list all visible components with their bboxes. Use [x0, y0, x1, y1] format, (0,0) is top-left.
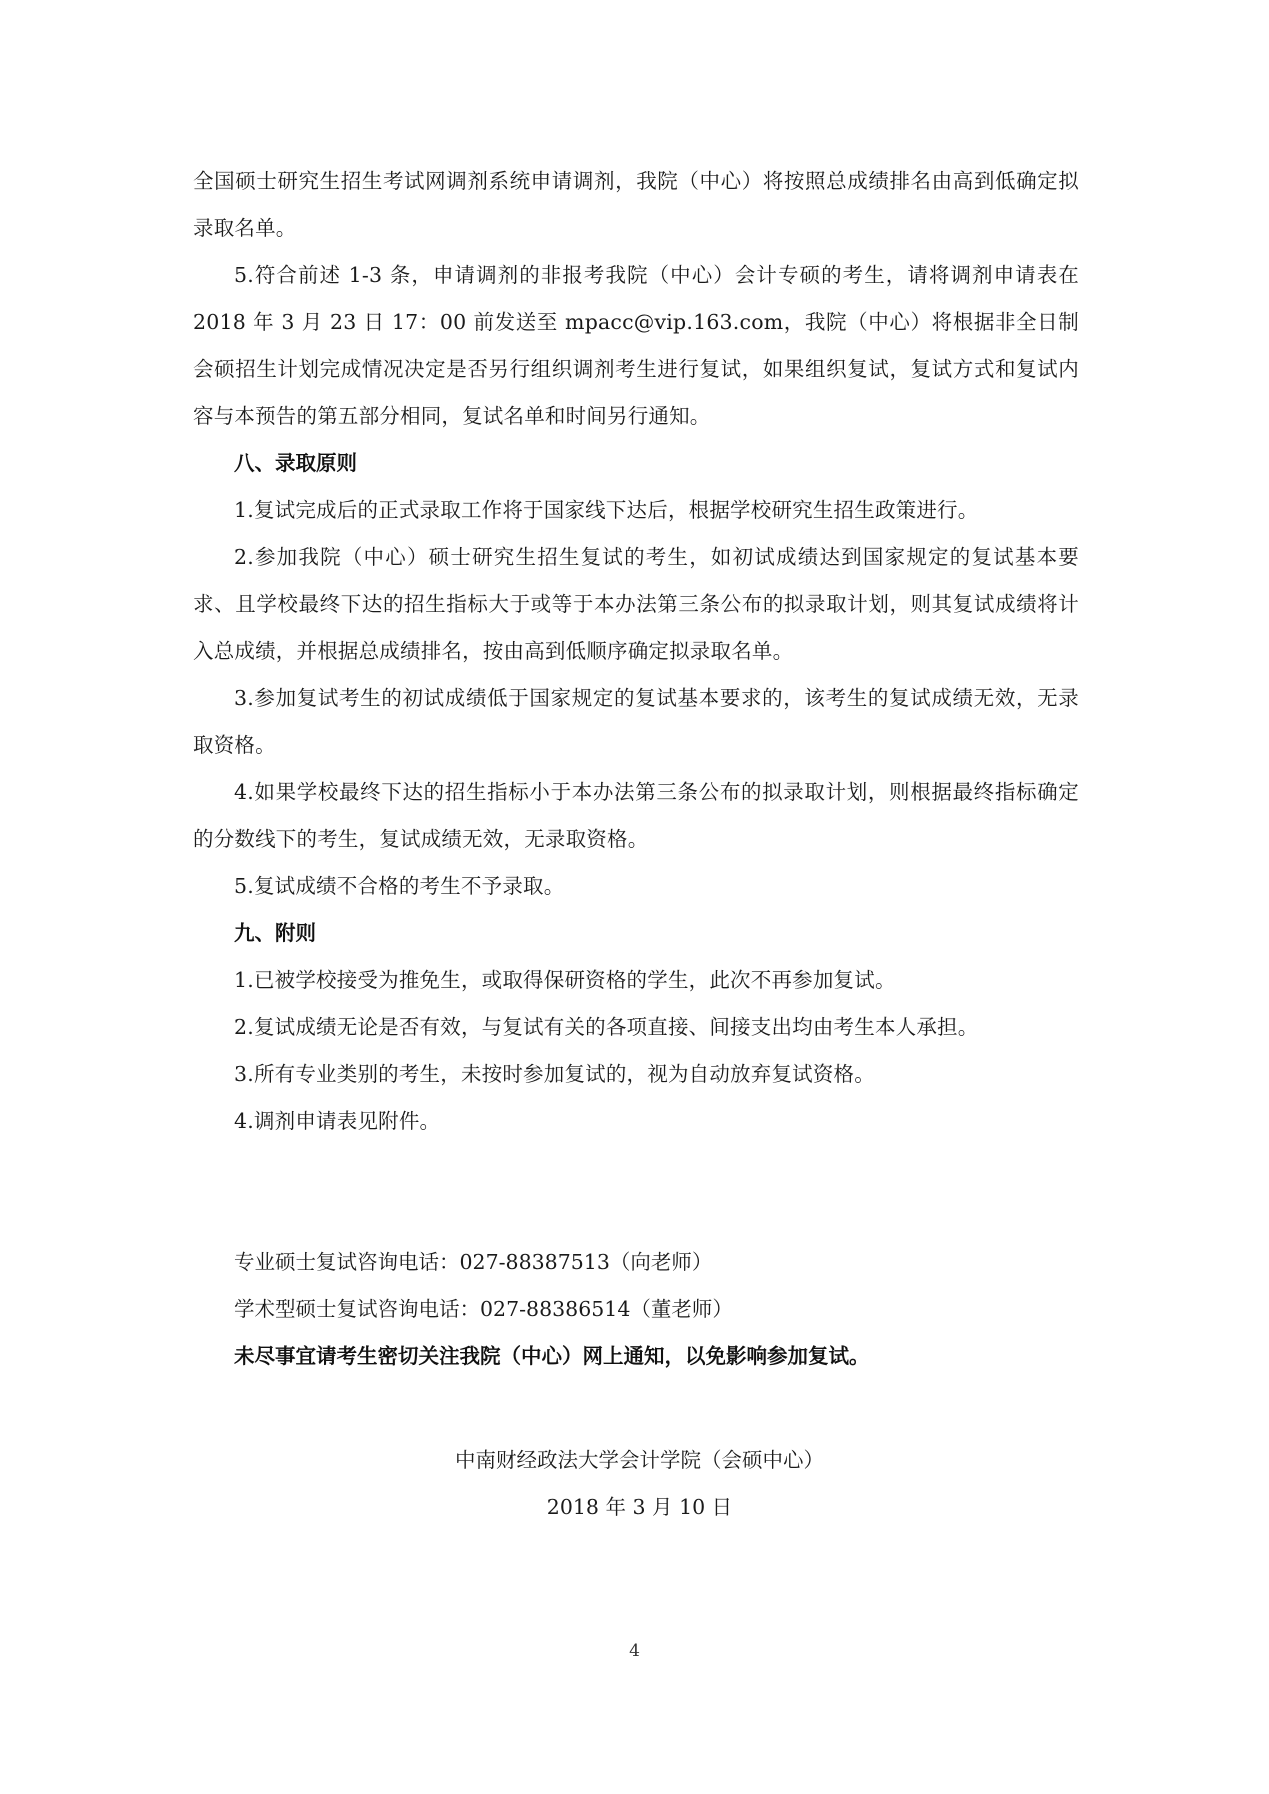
item-7-5-paragraph: 5.符合前述 1-3 条，申请调剂的非报考我院（中心）会计专硕的考生，请将调剂申…	[193, 252, 1079, 440]
provision-item-4: 4.调剂申请表见附件。	[193, 1098, 1079, 1145]
contact-academic-masters: 学术型硕士复试咨询电话：027-88386514（董老师）	[193, 1286, 1079, 1333]
provision-item-2: 2.复试成绩无论是否有效，与复试有关的各项直接、间接支出均由考生本人承担。	[193, 1004, 1079, 1051]
blank-space	[193, 1145, 1079, 1239]
signature-organization: 中南财经政法大学会计学院（会硕中心）	[0, 1437, 1269, 1484]
signature-date: 2018 年 3 月 10 日	[0, 1484, 1269, 1531]
admission-item-5: 5.复试成绩不合格的考生不予录取。	[193, 863, 1079, 910]
provision-item-1: 1.已被学校接受为推免生，或取得保研资格的学生，此次不再参加复试。	[193, 957, 1079, 1004]
admission-item-1: 1.复试完成后的正式录取工作将于国家线下达后，根据学校研究生招生政策进行。	[193, 487, 1079, 534]
admission-item-4: 4.如果学校最终下达的招生指标小于本办法第三条公布的拟录取计划，则根据最终指标确…	[193, 769, 1079, 863]
provision-item-3: 3.所有专业类别的考生，未按时参加复试的，视为自动放弃复试资格。	[193, 1051, 1079, 1098]
contact-professional-masters: 专业硕士复试咨询电话：027-88387513（向老师）	[193, 1239, 1079, 1286]
admission-item-3: 3.参加复试考生的初试成绩低于国家规定的复试基本要求的，该考生的复试成绩无效，无…	[193, 675, 1079, 769]
closing-note: 未尽事宜请考生密切关注我院（中心）网上通知，以免影响参加复试。	[193, 1333, 1079, 1380]
page-number: 4	[0, 1636, 1269, 1666]
section-heading-admission-principles: 八、录取原则	[193, 440, 1079, 487]
section-heading-supplementary-provisions: 九、附则	[193, 910, 1079, 957]
continued-paragraph: 全国硕士研究生招生考试网调剂系统申请调剂，我院（中心）将按照总成绩排名由高到低确…	[193, 158, 1079, 252]
document-body: 全国硕士研究生招生考试网调剂系统申请调剂，我院（中心）将按照总成绩排名由高到低确…	[193, 158, 1079, 1380]
admission-item-2: 2.参加我院（中心）硕士研究生招生复试的考生，如初试成绩达到国家规定的复试基本要…	[193, 534, 1079, 675]
